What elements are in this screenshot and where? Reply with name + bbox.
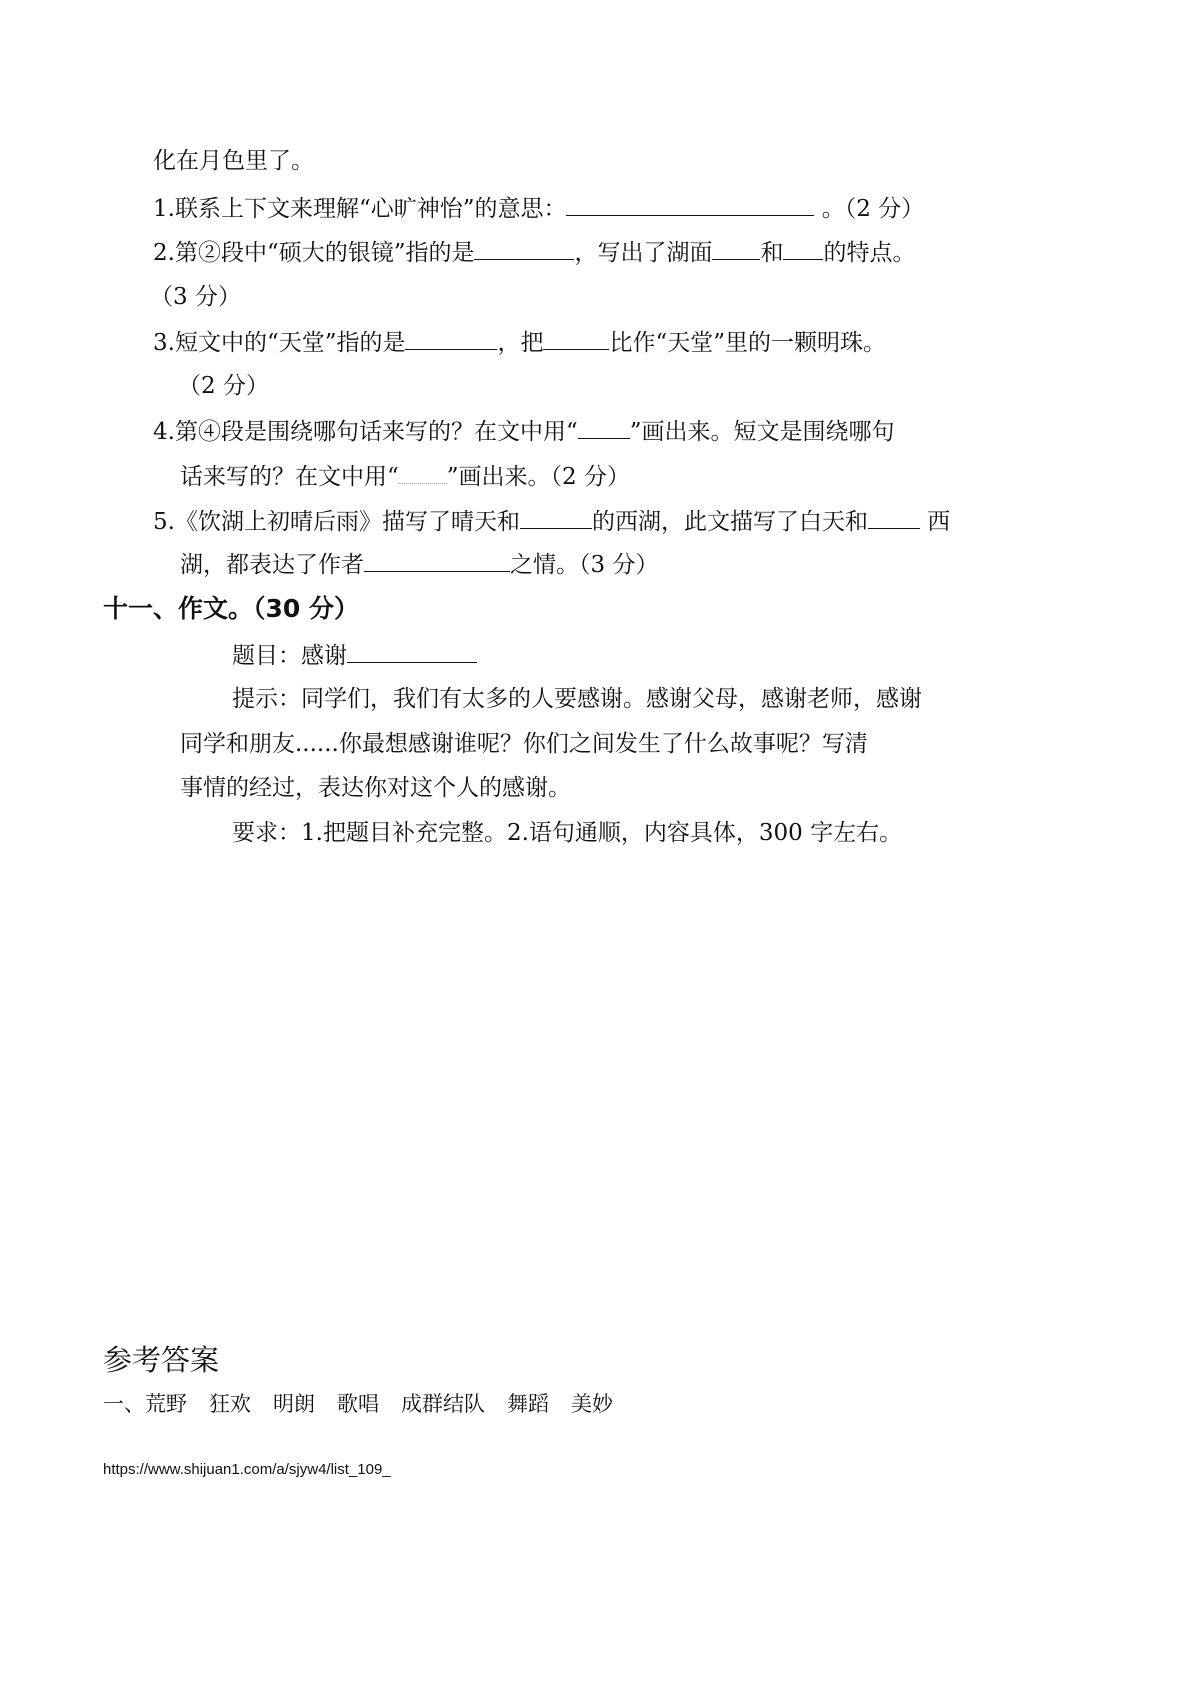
composition-hint-line3: 事情的经过，表达你对这个人的感谢。 (180, 773, 571, 803)
question-5: 5.《饮湖上初晴后雨》描写了晴天和的西湖，此文描写了白天和 西 (153, 506, 950, 537)
question-text: 比作“天堂”里的一颗明珠。 (609, 330, 886, 356)
answer-blank[interactable] (364, 549, 510, 572)
answer-item: 成群结队 (401, 1392, 485, 1416)
question-number: 1. (153, 196, 175, 222)
question-3-score: （2 分） (178, 371, 269, 401)
answer-item: 舞蹈 (507, 1392, 549, 1416)
question-text: 第②段中“硕大的银镜”指的是 (175, 240, 475, 266)
question-number: 4. (153, 419, 175, 445)
answer-blank[interactable] (712, 237, 760, 260)
composition-requirements: 要求：1.把题目补充完整。2.语句通顺，内容具体，300 字左右。 (232, 818, 902, 848)
title-blank[interactable] (347, 640, 477, 663)
answers-heading: 参考答案 (103, 1345, 219, 1375)
footer-url[interactable]: https://www.shijuan1.com/a/sjyw4/list_10… (103, 1455, 391, 1485)
composition-hint-line2: 同学和朋友......你最想感谢谁呢？你们之间发生了什么故事呢？写清 (180, 729, 868, 759)
question-text: 第④段是围绕哪句话来写的？在文中用“ (175, 419, 578, 445)
answer-blank[interactable] (474, 237, 574, 260)
question-text: ”画出来。（2 分） (447, 464, 630, 490)
question-text: 《饮湖上初晴后雨》描写了晴天和 (175, 509, 520, 535)
answers-section-1: 一、荒野狂欢明朗歌唱成群结队舞蹈美妙 (103, 1389, 635, 1419)
composition-hint-line1: 提示：同学们，我们有太多的人要感谢。感谢父母，感谢老师，感谢 (232, 684, 922, 714)
question-text: 的特点。 (823, 240, 915, 266)
passage-tail: 化在月色里了。 (153, 146, 314, 176)
question-text: 的西湖，此文描写了白天和 (592, 509, 868, 535)
answer-blank[interactable] (543, 327, 609, 350)
question-2: 2.第②段中“硕大的银镜”指的是，写出了湖面和的特点。 (153, 237, 915, 268)
section-heading-composition: 十一、作文。（30 分） (103, 594, 359, 624)
question-4: 4.第④段是围绕哪句话来写的？在文中用“”画出来。短文是围绕哪句 (153, 416, 894, 447)
answer-blank[interactable] (566, 193, 814, 216)
answer-blank[interactable] (520, 506, 592, 529)
question-number: 5. (153, 509, 175, 535)
answer-blank[interactable] (868, 506, 920, 529)
answer-blank[interactable] (783, 237, 823, 260)
underline-mark-solid (578, 416, 630, 439)
question-number: 2. (153, 240, 175, 266)
answer-item: 荒野 (145, 1392, 187, 1416)
question-text: ，把 (497, 330, 543, 356)
answer-item: 歌唱 (337, 1392, 379, 1416)
question-text: 话来写的？在文中用“ (180, 464, 399, 490)
underline-mark-wavy (399, 461, 447, 484)
question-2-score: （3 分） (150, 282, 241, 312)
question-number: 3. (153, 330, 175, 356)
question-3: 3.短文中的“天堂”指的是，把比作“天堂”里的一颗明珠。 (153, 327, 886, 358)
answer-item: 美妙 (571, 1392, 613, 1416)
question-5-line2: 湖，都表达了作者之情。（3 分） (180, 549, 658, 580)
composition-title-label: 题目：感谢 (232, 643, 347, 669)
question-text: 联系上下文来理解“心旷神怡”的意思： (175, 196, 567, 222)
answer-blank[interactable] (405, 327, 497, 350)
question-4-line2: 话来写的？在文中用“”画出来。（2 分） (180, 461, 630, 492)
question-text: 和 (760, 240, 783, 266)
answer-item: 狂欢 (209, 1392, 251, 1416)
question-text: ，写出了湖面 (574, 240, 712, 266)
question-text: 西 (920, 509, 950, 535)
question-text: 短文中的“天堂”指的是 (175, 330, 406, 356)
question-text: 之情。（3 分） (510, 552, 658, 578)
answers-prefix: 一、 (103, 1392, 145, 1416)
question-text: 湖，都表达了作者 (180, 552, 364, 578)
question-1: 1.联系上下文来理解“心旷神怡”的意思： 。（2 分） (153, 193, 924, 224)
composition-title: 题目：感谢 (232, 640, 477, 671)
question-text: 。（2 分） (814, 196, 924, 222)
answer-item: 明朗 (273, 1392, 315, 1416)
question-text: ”画出来。短文是围绕哪句 (630, 419, 895, 445)
